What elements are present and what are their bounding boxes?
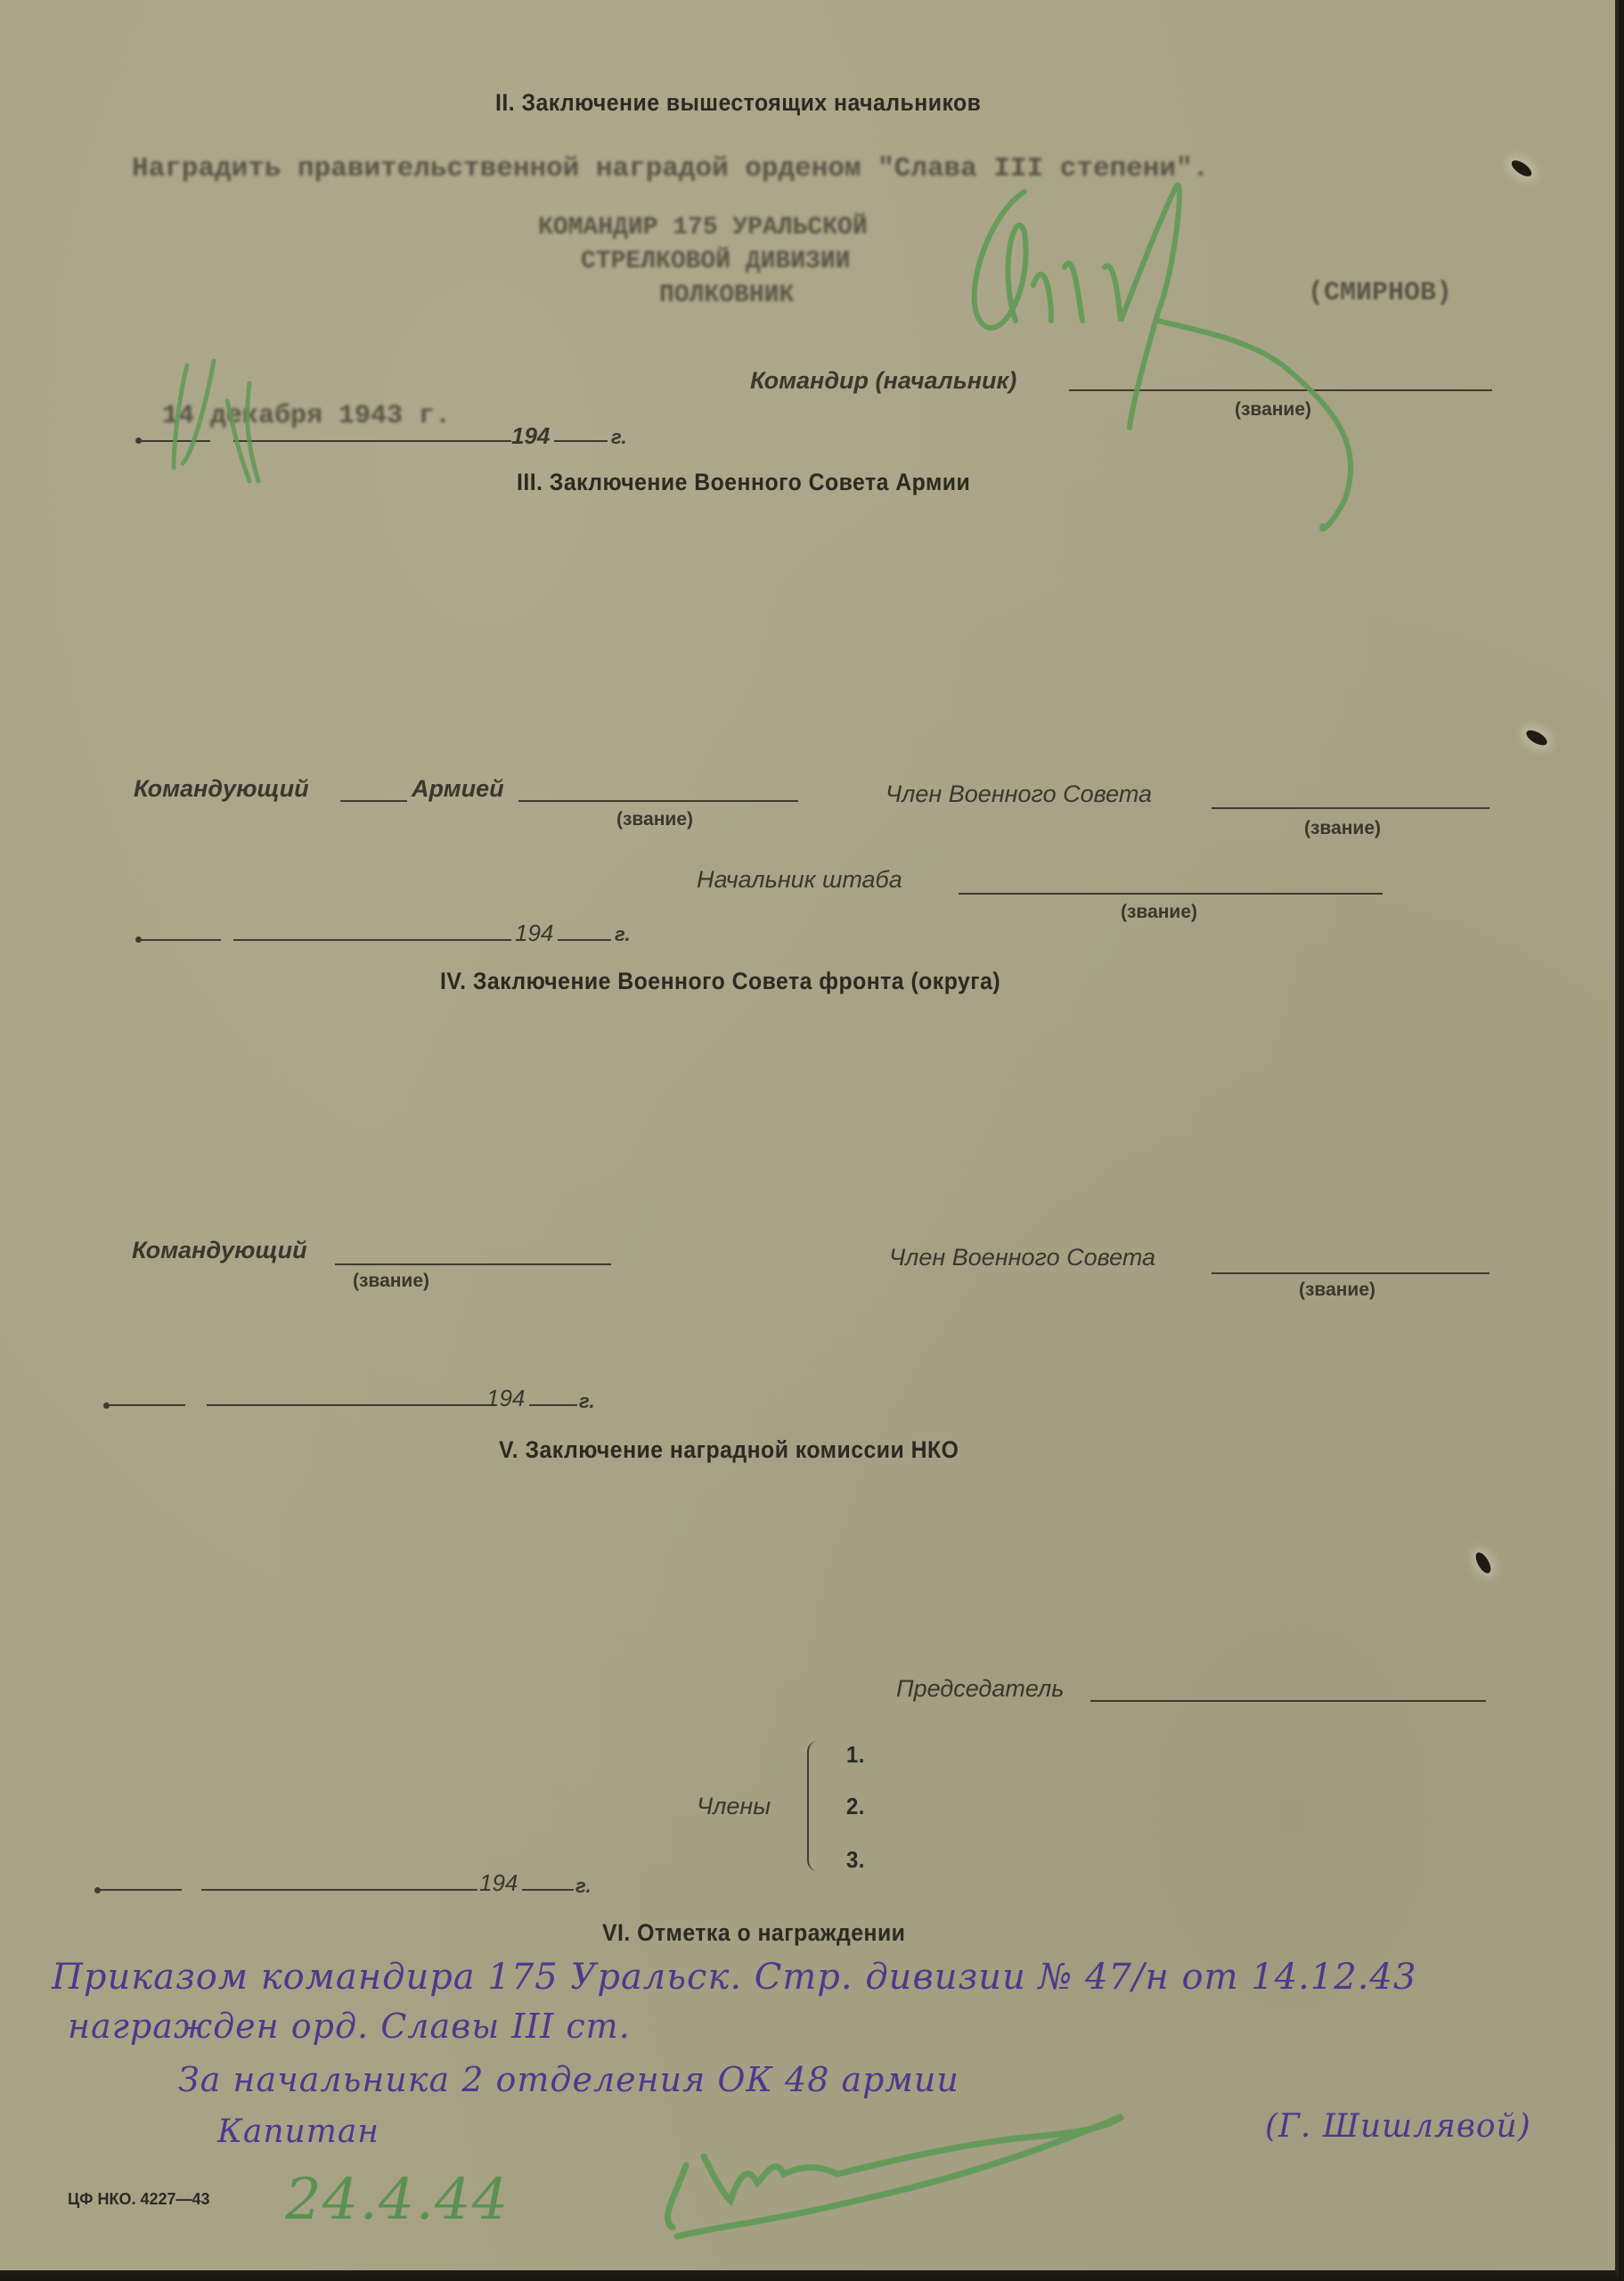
bottom-signature [668, 2116, 1122, 2236]
date-day-initials [174, 361, 258, 481]
commander-signature [975, 185, 1351, 529]
award-sheet-page: II. Заключение вышестоящих начальников Н… [0, 0, 1619, 2277]
handwritten-signatures [0, 0, 1624, 2281]
